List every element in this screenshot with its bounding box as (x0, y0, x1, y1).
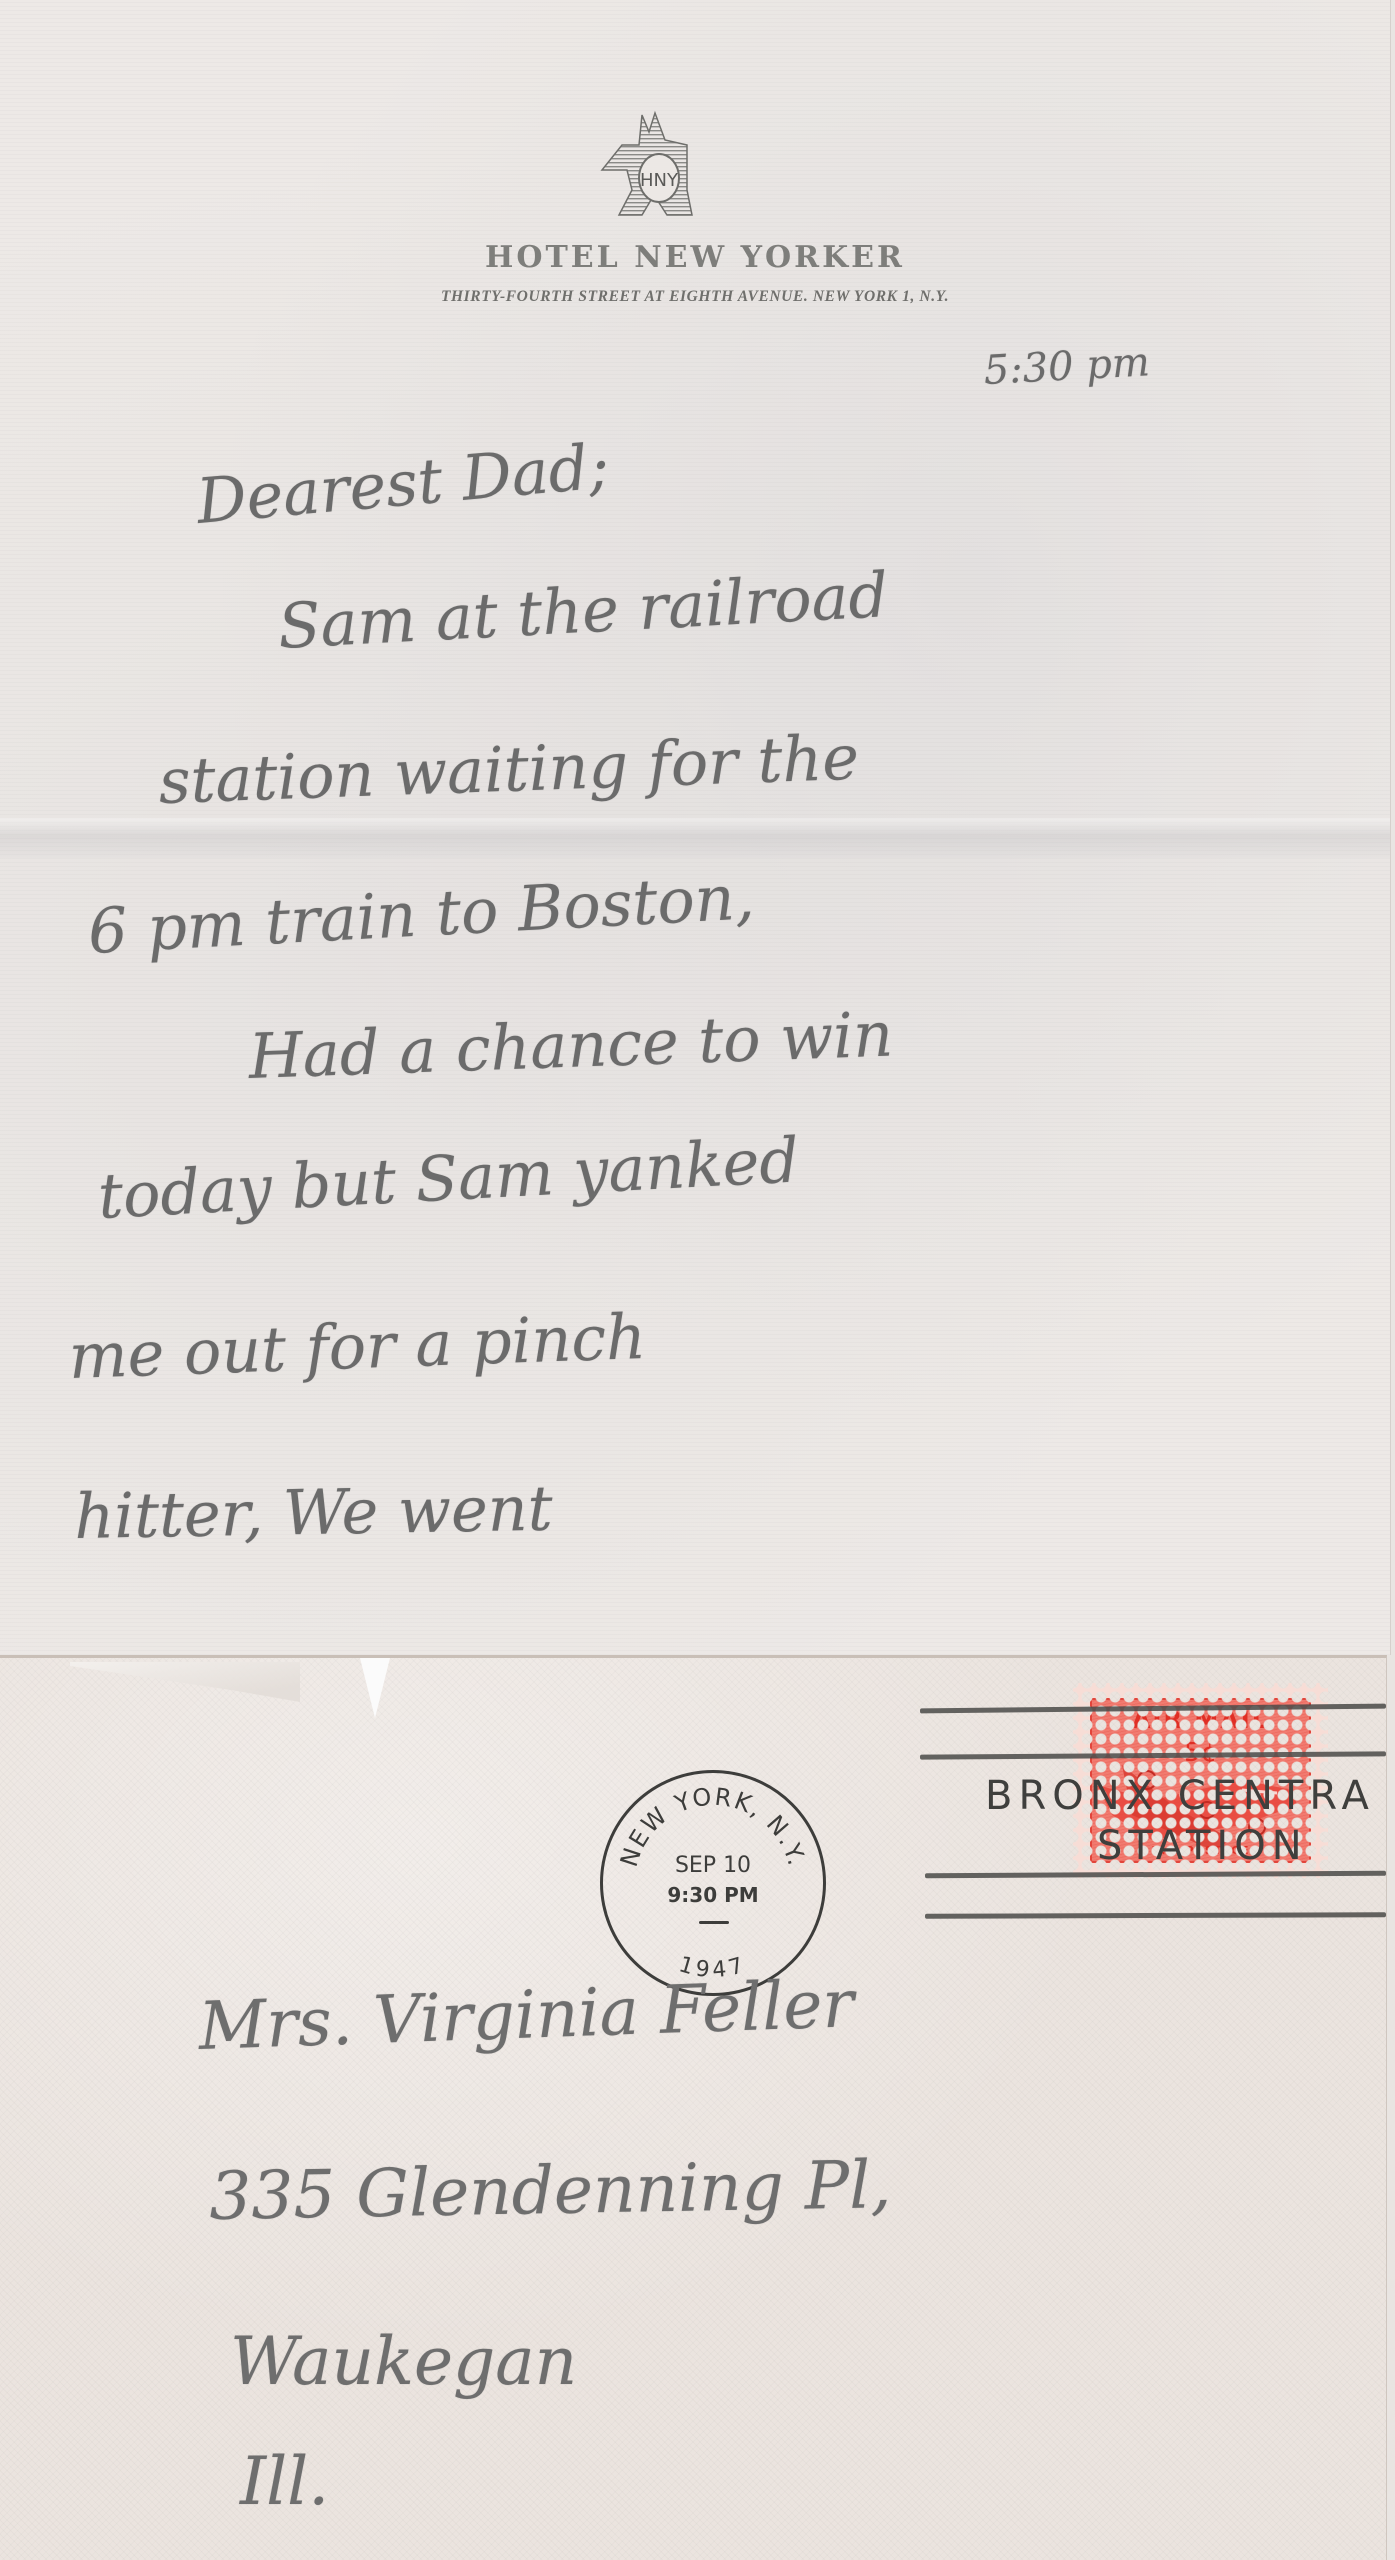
letter-line: station waiting for the (157, 721, 860, 818)
postmark-date: SEP 10 (603, 1853, 823, 1878)
postmark-time: 9:30 PM (603, 1883, 823, 1907)
cancellation-text: STATION (1097, 1823, 1308, 1869)
envelope: AIR MAIL 5¢ U.S. POSTAGE BRONX CENTRA ST… (0, 1655, 1387, 2560)
cancellation-bar (925, 1912, 1386, 1919)
hotel-name: HOTEL NEW YORKER (0, 240, 1390, 275)
fold-crease (0, 818, 1390, 858)
recipient-street: 335 Glendenning Pl, (209, 2146, 892, 2235)
letter-line: 6 pm train to Boston, (86, 860, 756, 968)
letter-line: hitter, We went (74, 1472, 553, 1553)
letter-line: Had a chance to win (247, 998, 894, 1093)
postmark: NEW YORK, N.Y. 1947 SEP 10 9:30 PM (600, 1770, 826, 1996)
svg-text:HNY: HNY (640, 170, 679, 191)
letter-line: me out for a pinch (67, 1300, 647, 1393)
recipient-name: Mrs. Virginia Feller (197, 1965, 855, 2065)
cancellation-text: BRONX CENTRA (985, 1773, 1375, 1819)
hotel-address: THIRTY-FOURTH STREET AT EIGHTH AVENUE. N… (0, 288, 1390, 306)
letter-line: today but Sam yanked (96, 1123, 801, 1233)
postmark-dash (699, 1921, 729, 1924)
letter-sheet: HNY HOTEL NEW YORKER THIRTY-FOURTH STREE… (0, 0, 1391, 1655)
torn-flap (70, 1662, 300, 1702)
recipient-city: Waukegan (230, 2323, 577, 2400)
recipient-state: Ill. (240, 2443, 329, 2520)
hotel-logo-icon: HNY (597, 110, 712, 225)
time-note: 5:30 pm (983, 339, 1151, 394)
letter-line: Sam at the railroad (276, 558, 890, 663)
letter-salutation: Dearest Dad; (194, 429, 612, 538)
flap-notch (360, 1658, 390, 1718)
